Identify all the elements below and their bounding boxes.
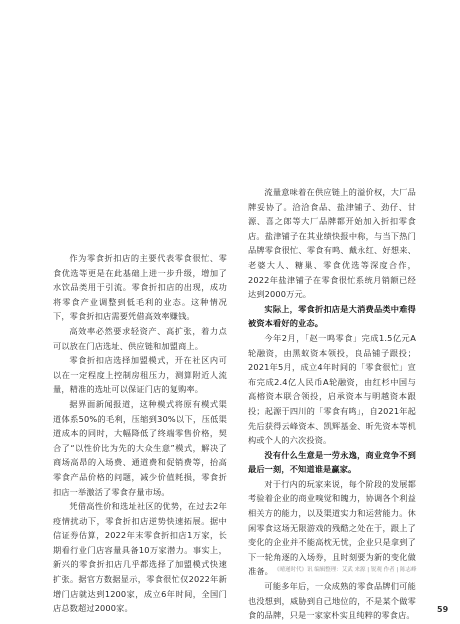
bold-paragraph: 没有什么生意是一劳永逸，商业竞争不到最后一刻，不知道谁是赢家。 [248, 448, 416, 477]
source-caption: 《晴递时代》讯 编辑整理：艾武 来源 | 锐观 作者 | 陈志峰 [274, 565, 416, 573]
paragraph: 可能多年后，一众成熟的零食品牌们可能也没想到，威胁到自己地位的，不是某个做零食的… [248, 579, 416, 623]
paragraph: 凭借高性价和选址社区的优势，在过去2年疫情扰动下，零食折扣店逆势快速拓展。据中信… [53, 499, 227, 616]
paragraph: 对于行内的玩家来说，每个阶段的发展都考验着企业的商业嗅觉和魄力，协调各个利益相关… [248, 477, 416, 579]
paragraph: 高效率必然要求轻资产、高扩张，着力点可以放在门店选址、供应链和加盟商上。 [53, 324, 227, 353]
right-text-column: 流量意味着在供应链上的溢价权，大厂品牌妥协了。洽洽食品、盐津铺子、劲仔、甘源、喜… [248, 185, 416, 623]
paragraph: 据界面新闻报道，这种模式将原有模式渠道体系50%的毛利，压缩到30%以下，压低渠… [53, 397, 227, 499]
paragraph: 今年2月，「赵一鸣零食」完成1.5亿元A轮融资，由黑蚁资本领投，良品铺子跟投；2… [248, 331, 416, 448]
page-number: 59 [437, 605, 448, 614]
paragraph: 流量意味着在供应链上的溢价权，大厂品牌妥协了。洽洽食品、盐津铺子、劲仔、甘源、喜… [248, 185, 416, 302]
paragraph: 零食折扣店选择加盟模式，开在社区内可以在一定程度上控制房租压力，测算附近人流量，… [53, 353, 227, 397]
paragraph: 作为零食折扣店的主要代表零食很忙、零食优选等更是在此基础上进一步升级，增加了水饮… [53, 251, 227, 324]
left-text-column: 作为零食折扣店的主要代表零食很忙、零食优选等更是在此基础上进一步升级，增加了水饮… [53, 251, 227, 616]
bold-paragraph: 实际上，零食折扣店是大消费品类中难得被资本看好的业态。 [248, 302, 416, 331]
